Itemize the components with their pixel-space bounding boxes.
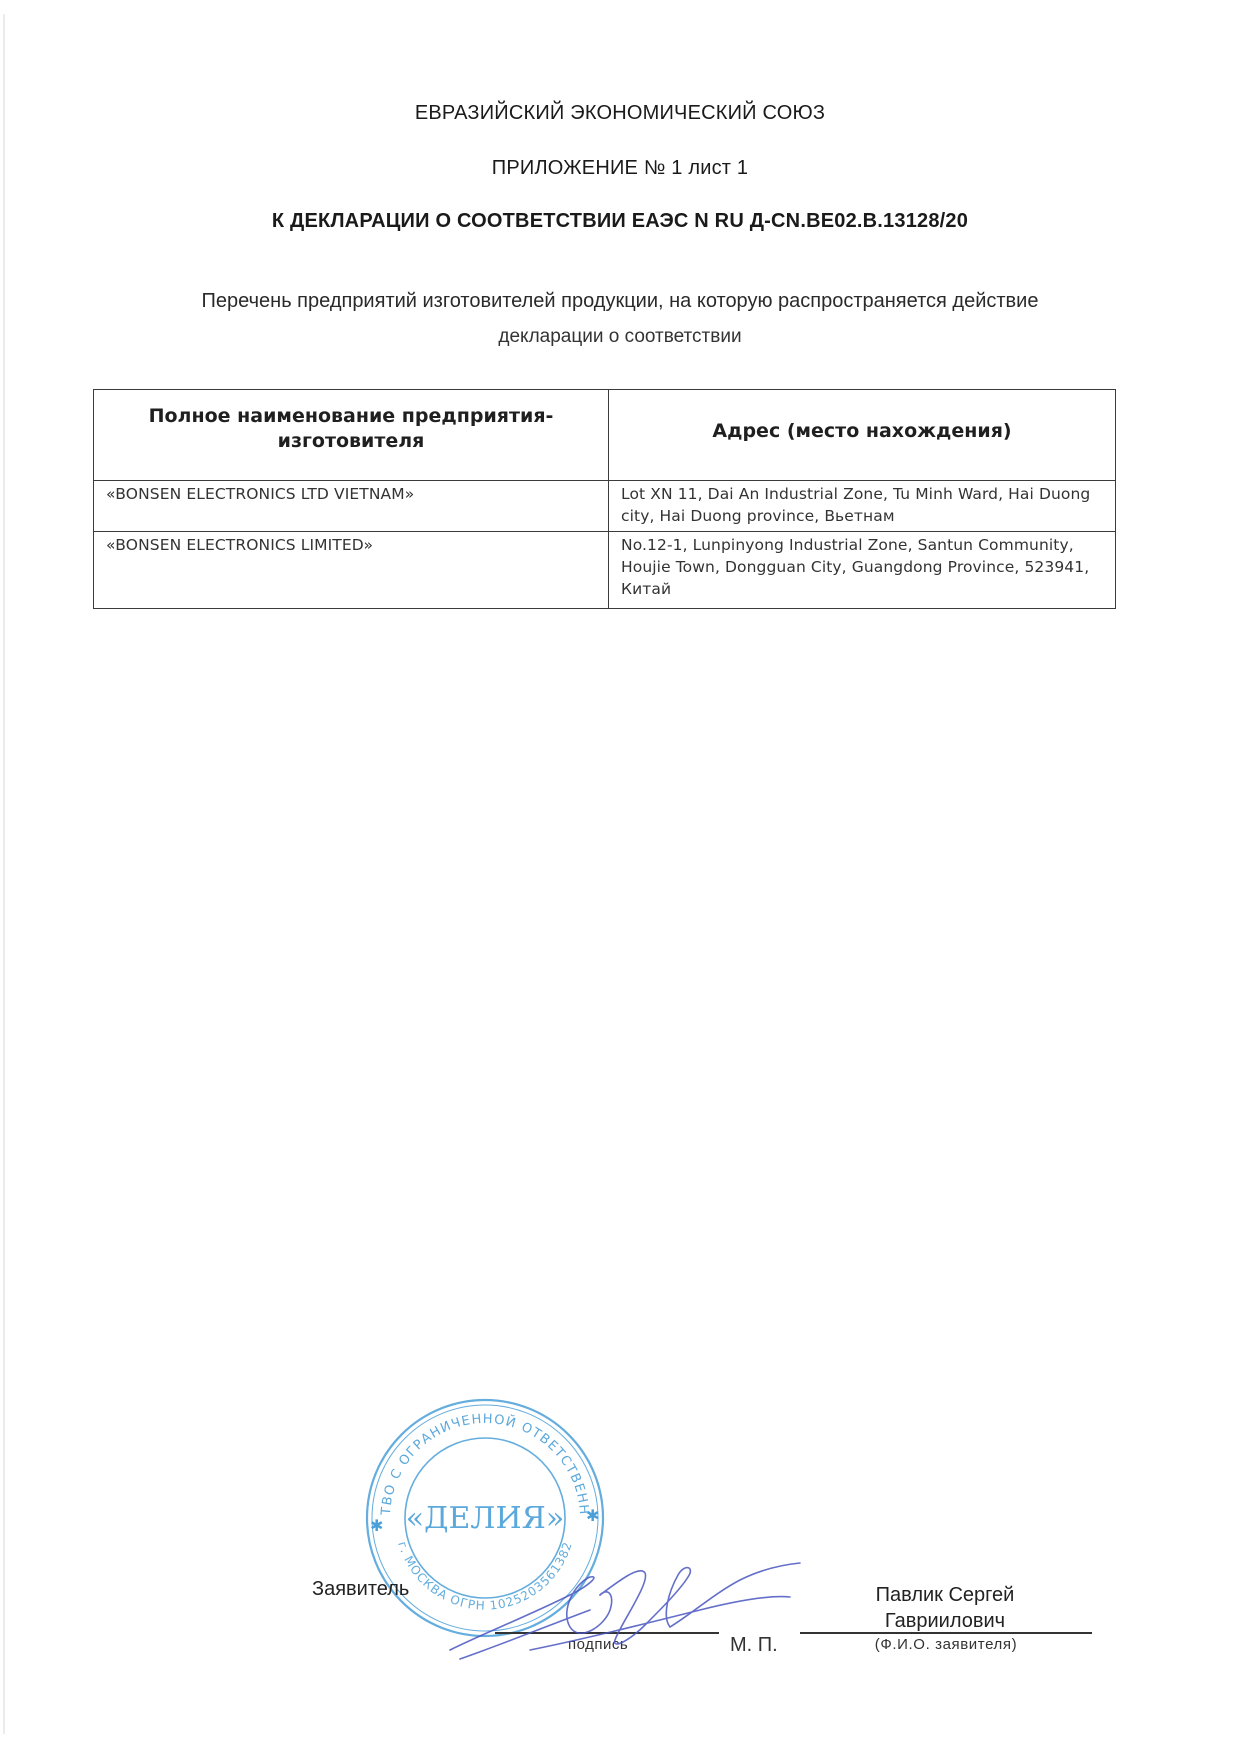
stamp-outer-top-text: ОБЩЕСТВО С ОГРАНИЧЕННОЙ ОТВЕТСТВЕННОСТЬЮ [360,1393,591,1517]
applicant-name-line-1: Павлик Сергей [800,1582,1090,1608]
applicant-name: Павлик Сергей Гавриилович [800,1582,1090,1634]
intro-line-2: декларации о соответствии [0,319,1240,355]
header-manufacturer-name: Полное наименование предприятия-изготови… [94,390,609,481]
manufacturers-table: Полное наименование предприятия-изготови… [93,389,1116,609]
name-caption: (Ф.И.О. заявителя) [800,1636,1092,1653]
handwritten-signature [440,1555,810,1665]
intro-line-1: Перечень предприятий изготовителей проду… [202,290,1039,312]
stamp-center-text: «ДЕЛИЯ» [406,1501,564,1536]
manufacturer-address: No.12-1, Lunpinyong Industrial Zone, San… [609,532,1116,609]
name-line [800,1632,1092,1634]
intro-paragraph: Перечень предприятий изготовителей проду… [0,283,1240,355]
stamp-star-icon: ✱ [586,1508,599,1525]
scan-edge-line [3,14,5,1734]
union-title: ЕВРАЗИЙСКИЙ ЭКОНОМИЧЕСКИЙ СОЮЗ [0,102,1240,125]
applicant-label: Заявитель [312,1578,409,1601]
table-row: «BONSEN ELECTRONICS LIMITED» No.12-1, Lu… [94,532,1116,609]
table-row: «BONSEN ELECTRONICS LTD VIETNAM» Lot XN … [94,481,1116,532]
header-address: Адрес (место нахождения) [609,390,1116,481]
table-header-row: Полное наименование предприятия-изготови… [94,390,1116,481]
svg-text:ОБЩЕСТВО С ОГРАНИЧЕННОЙ ОТВЕТС: ОБЩЕСТВО С ОГРАНИЧЕННОЙ ОТВЕТСТВЕННОСТЬЮ [360,1393,591,1517]
stamp-star-icon: ✱ [370,1518,383,1535]
applicant-name-line-2: Гавриилович [800,1608,1090,1634]
declaration-title: К ДЕКЛАРАЦИИ О СООТВЕТСТВИИ ЕАЭС N RU Д-… [0,210,1240,233]
manufacturer-address: Lot XN 11, Dai An Industrial Zone, Tu Mi… [609,481,1116,532]
manufacturer-name: «BONSEN ELECTRONICS LIMITED» [94,532,609,609]
appendix-title: ПРИЛОЖЕНИЕ № 1 лист 1 [0,157,1240,180]
manufacturer-name: «BONSEN ELECTRONICS LTD VIETNAM» [94,481,609,532]
